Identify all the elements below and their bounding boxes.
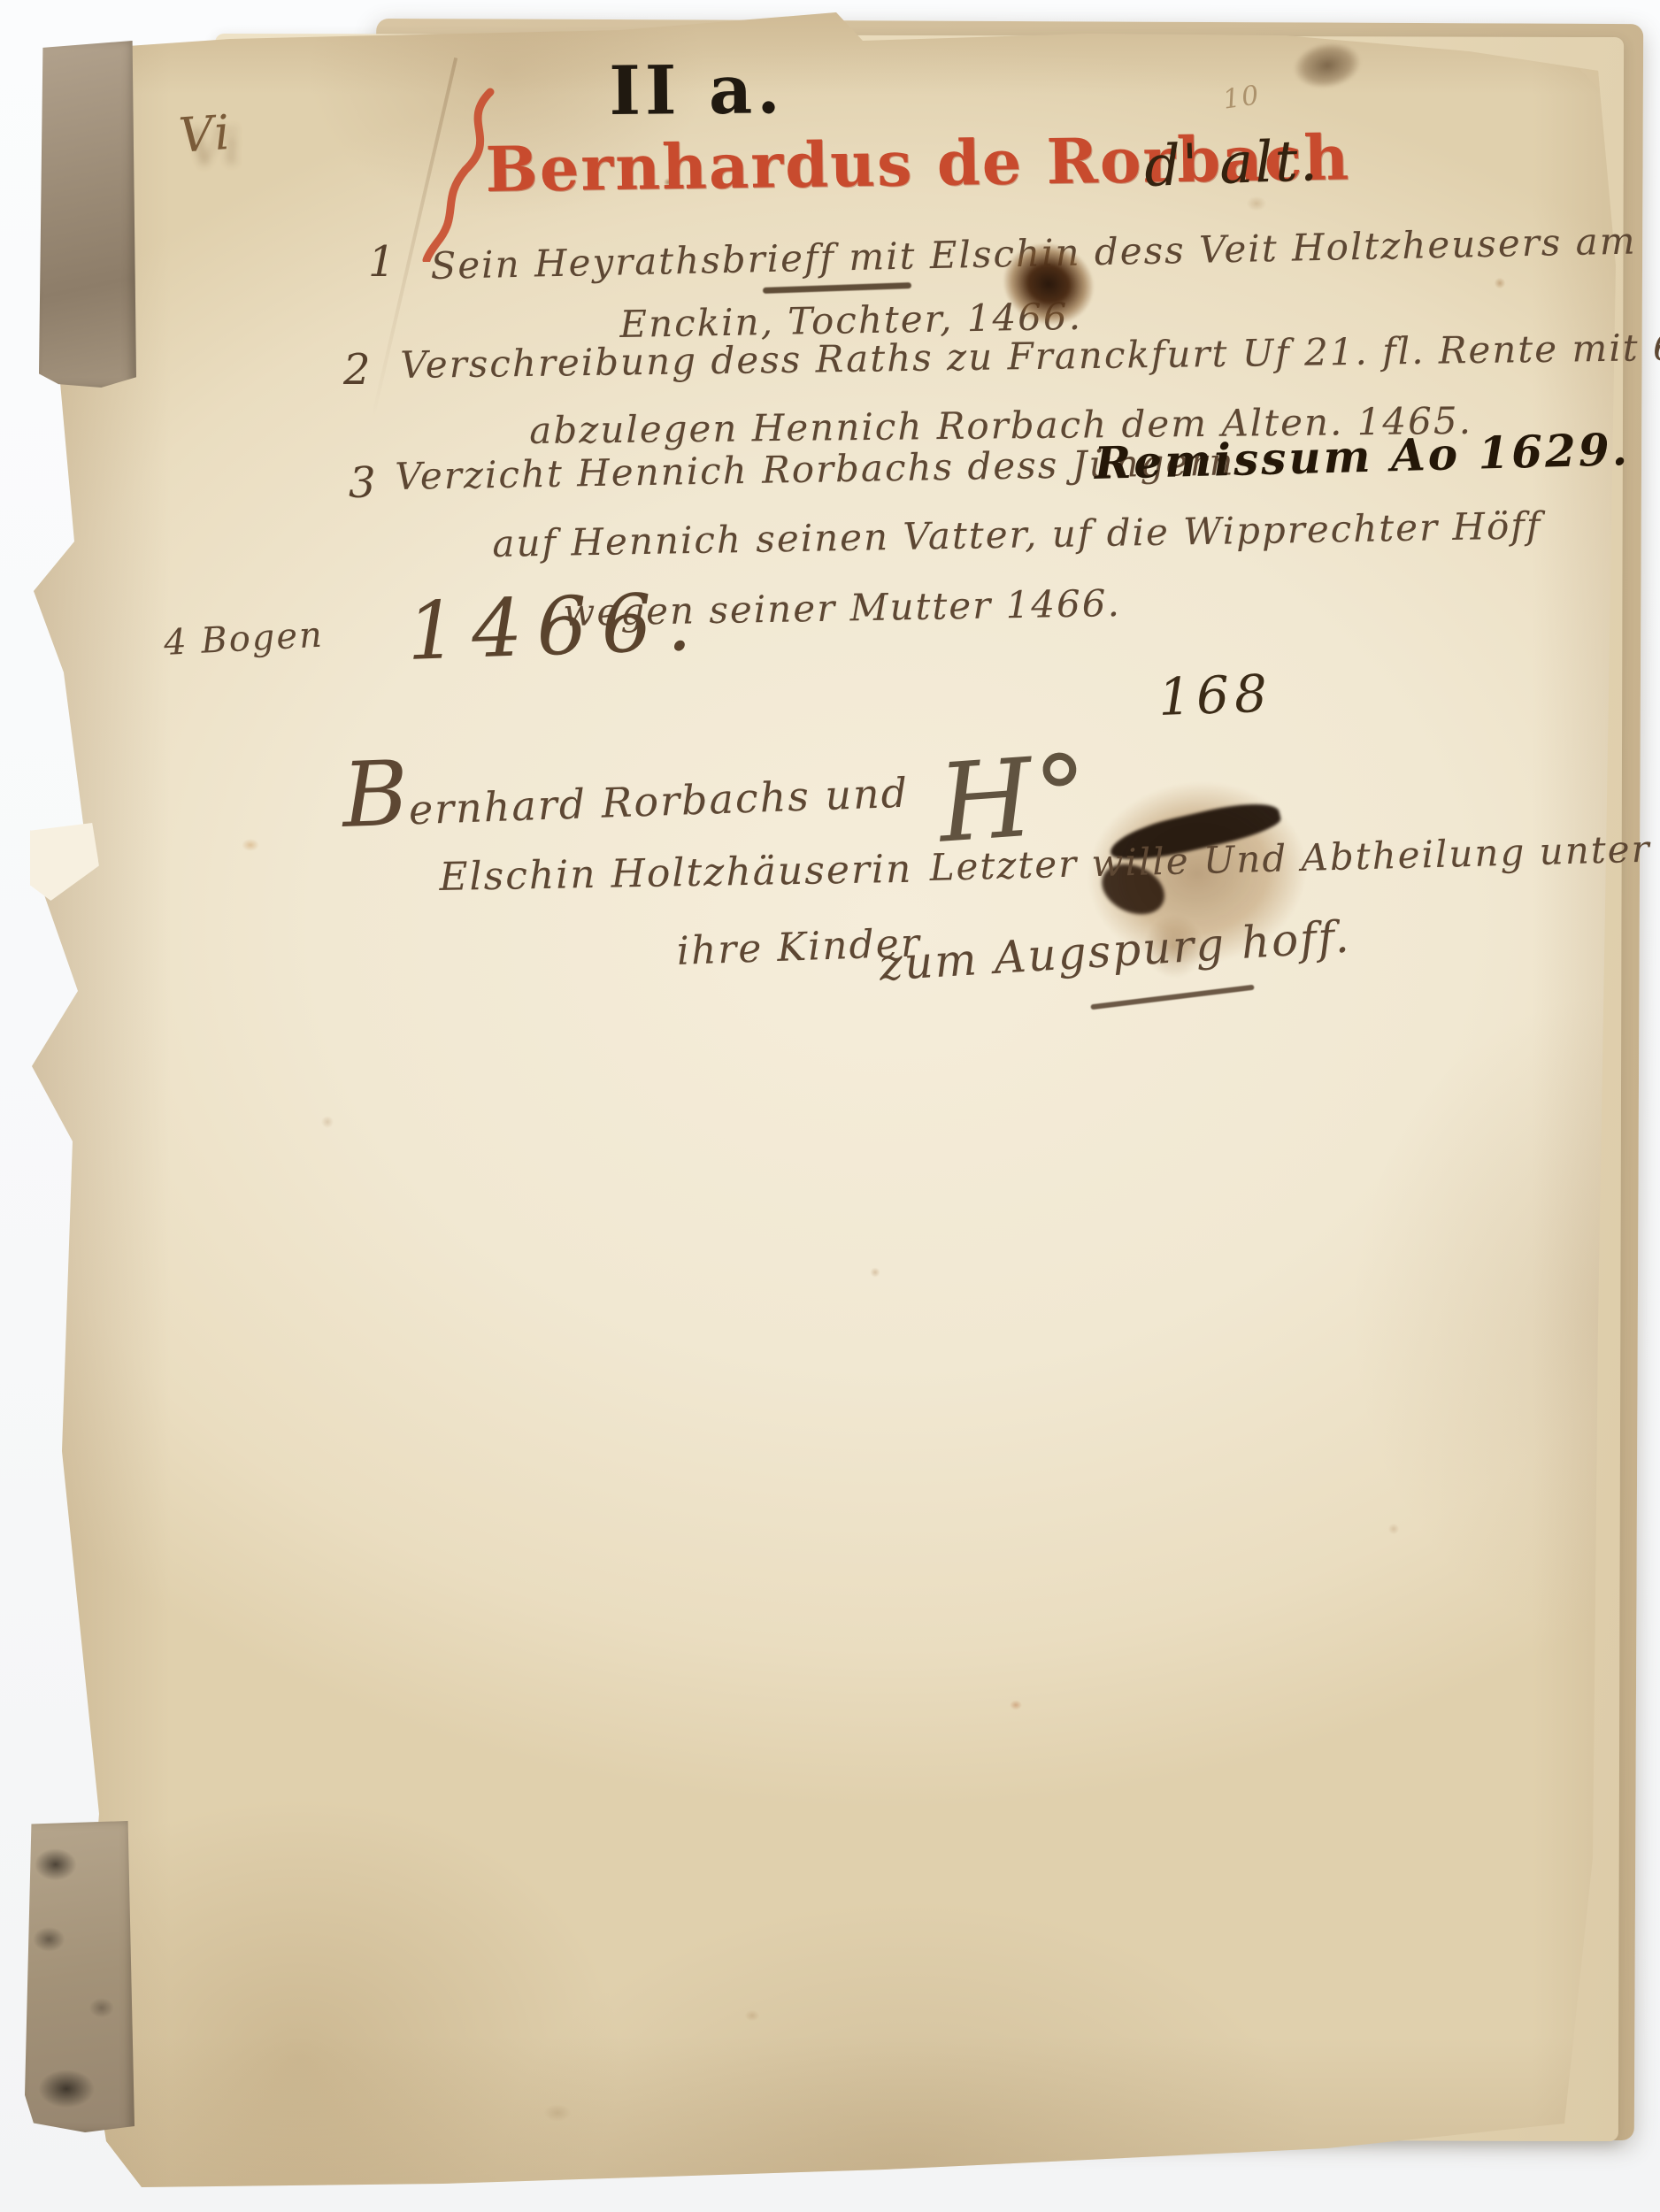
- entry-1-number: 1: [368, 237, 397, 287]
- title-suffix: d' alt.: [1143, 128, 1320, 200]
- binding-strip-bottom: [25, 1821, 134, 2132]
- binding-strip-top: [39, 41, 136, 388]
- bogen-count-note: 4 Bogen: [163, 615, 325, 664]
- header-number: II a.: [609, 50, 785, 130]
- year-large: 1466.: [405, 575, 707, 679]
- corner-note: 10: [1221, 80, 1263, 116]
- entry-3-number: 3: [349, 458, 378, 508]
- bequest-line-2-left: Elschin Holtzhäuserin: [439, 847, 913, 900]
- folio-mark: Vi: [177, 104, 234, 164]
- photo-backdrop: Vi II a. Bernhardus de Rorbach d' alt. 1…: [0, 0, 1660, 2212]
- entry-2-number: 2: [343, 345, 373, 395]
- archive-number: 168: [1157, 664, 1273, 727]
